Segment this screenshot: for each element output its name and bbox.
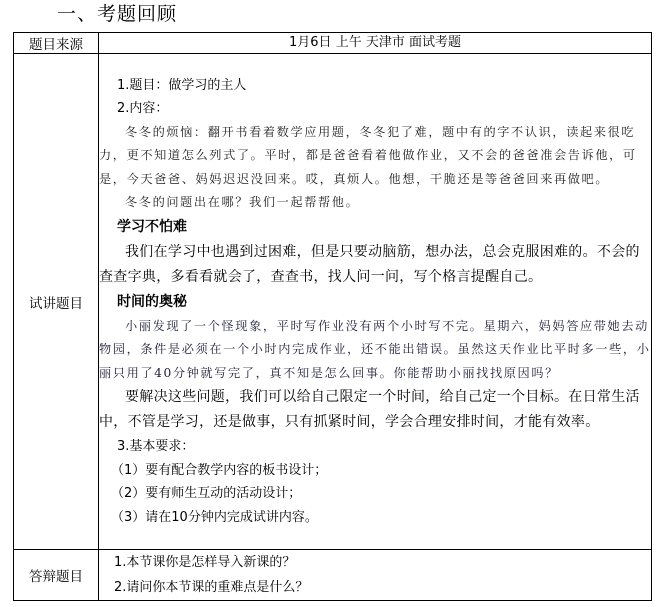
- story1-paragraph: 冬冬的烦恼：翻开书看着数学应用题，冬冬犯了难，题中有的字不认识，读起来很吃力，更…: [99, 121, 651, 192]
- story1-question: 冬冬的问题出在哪？我们一起帮帮他。: [99, 191, 651, 215]
- section2-paragraph: 要解决这些问题，我们可以给自己限定一个时间，给自己定一个目标。在日常生活中，不管…: [99, 385, 651, 435]
- defense-question: 1.本节课你是怎样导入新课的？: [99, 550, 651, 575]
- section2-heading: 时间的奥秘: [99, 290, 651, 315]
- lecture-content: 1.题目：做学习的主人 2.内容： 冬冬的烦恼：翻开书看着数学应用题，冬冬犯了难…: [99, 54, 652, 550]
- content-heading: 2.内容：: [99, 97, 651, 121]
- topic-line: 1.题目：做学习的主人: [99, 74, 651, 98]
- source-value: 1月6日 上午 天津市 面试考题: [99, 33, 652, 54]
- section-title: 一、考题回顾: [57, 1, 177, 27]
- lecture-label: 试讲题目: [14, 54, 99, 550]
- source-label: 题目来源: [14, 33, 99, 54]
- requirements-heading: 3.基本要求：: [99, 435, 651, 459]
- section1-heading: 学习不怕难: [99, 215, 651, 240]
- story2-paragraph: 小丽发现了一个怪现象，平时写作业没有两个小时写不完。星期六，妈妈答应带她去动物园…: [99, 315, 651, 386]
- lecture-row: 试讲题目 1.题目：做学习的主人 2.内容： 冬冬的烦恼：翻开书看着数学应用题，…: [14, 54, 652, 550]
- section1-paragraph: 我们在学习中也遇到过困难，但是只要动脑筋，想办法，总会克服困难的。不会的查查字典…: [99, 240, 651, 290]
- requirement-item: （3）请在10分钟内完成试讲内容。: [99, 506, 651, 530]
- defense-row: 答辩题目 1.本节课你是怎样导入新课的？ 2.请问你本节课的重难点是什么？: [14, 550, 652, 601]
- requirement-item: （2）要有师生互动的活动设计；: [99, 482, 651, 506]
- defense-label: 答辩题目: [14, 550, 99, 601]
- defense-question: 2.请问你本节课的重难点是什么？: [99, 575, 651, 600]
- exam-review-table: 题目来源 1月6日 上午 天津市 面试考题 试讲题目 1.题目：做学习的主人 2…: [13, 32, 652, 601]
- source-row: 题目来源 1月6日 上午 天津市 面试考题: [14, 33, 652, 54]
- defense-content: 1.本节课你是怎样导入新课的？ 2.请问你本节课的重难点是什么？: [99, 550, 652, 601]
- requirement-item: （1）要有配合教学内容的板书设计；: [99, 459, 651, 483]
